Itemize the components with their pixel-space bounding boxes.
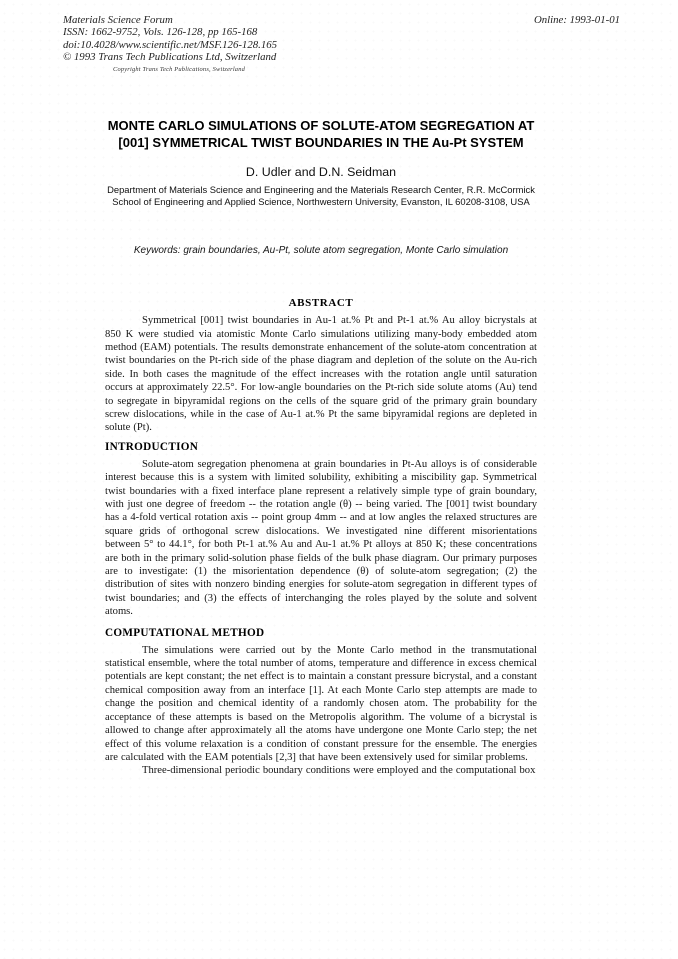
introduction-paragraph: Solute-atom segregation phenomena at gra…: [105, 458, 537, 619]
copyright-small-line: Copyright Trans Tech Publications, Switz…: [113, 66, 277, 74]
method-paragraph-1: The simulations were carried out by the …: [105, 644, 537, 765]
copyright-line: © 1993 Trans Tech Publications Ltd, Swit…: [63, 51, 277, 63]
affiliation-line-2: School of Engineering and Applied Scienc…: [112, 196, 529, 207]
issn-volume-pages: ISSN: 1662-9752, Vols. 126-128, pp 165-1…: [63, 26, 277, 38]
title-block: MONTE CARLO SIMULATIONS OF SOLUTE-ATOM S…: [105, 117, 537, 208]
paper-body: MONTE CARLO SIMULATIONS OF SOLUTE-ATOM S…: [105, 117, 537, 778]
affiliation-line-1: Department of Materials Science and Engi…: [107, 184, 535, 195]
journal-name: Materials Science Forum: [63, 14, 277, 26]
introduction-heading: INTRODUCTION: [105, 441, 537, 454]
paper-header: Materials Science Forum ISSN: 1662-9752,…: [0, 0, 678, 73]
paper-page: Materials Science Forum ISSN: 1662-9752,…: [0, 0, 678, 959]
doi-line: doi:10.4028/www.scientific.net/MSF.126-1…: [63, 39, 277, 51]
publication-info: Materials Science Forum ISSN: 1662-9752,…: [63, 14, 277, 73]
paper-title: MONTE CARLO SIMULATIONS OF SOLUTE-ATOM S…: [105, 117, 537, 151]
abstract-paragraph: Symmetrical [001] twist boundaries in Au…: [105, 314, 537, 435]
keywords-line: Keywords: grain boundaries, Au-Pt, solut…: [105, 244, 537, 257]
abstract-heading: ABSTRACT: [105, 297, 537, 310]
computational-method-heading: COMPUTATIONAL METHOD: [105, 627, 537, 640]
paper-title-line-1: MONTE CARLO SIMULATIONS OF SOLUTE-ATOM S…: [108, 118, 535, 133]
authors: D. Udler and D.N. Seidman: [105, 165, 537, 180]
online-date: Online: 1993-01-01: [534, 14, 620, 26]
affiliation: Department of Materials Science and Engi…: [105, 184, 537, 208]
method-paragraph-2: Three-dimensional periodic boundary cond…: [105, 764, 537, 777]
paper-title-line-2: [001] SYMMETRICAL TWIST BOUNDARIES IN TH…: [118, 135, 523, 150]
